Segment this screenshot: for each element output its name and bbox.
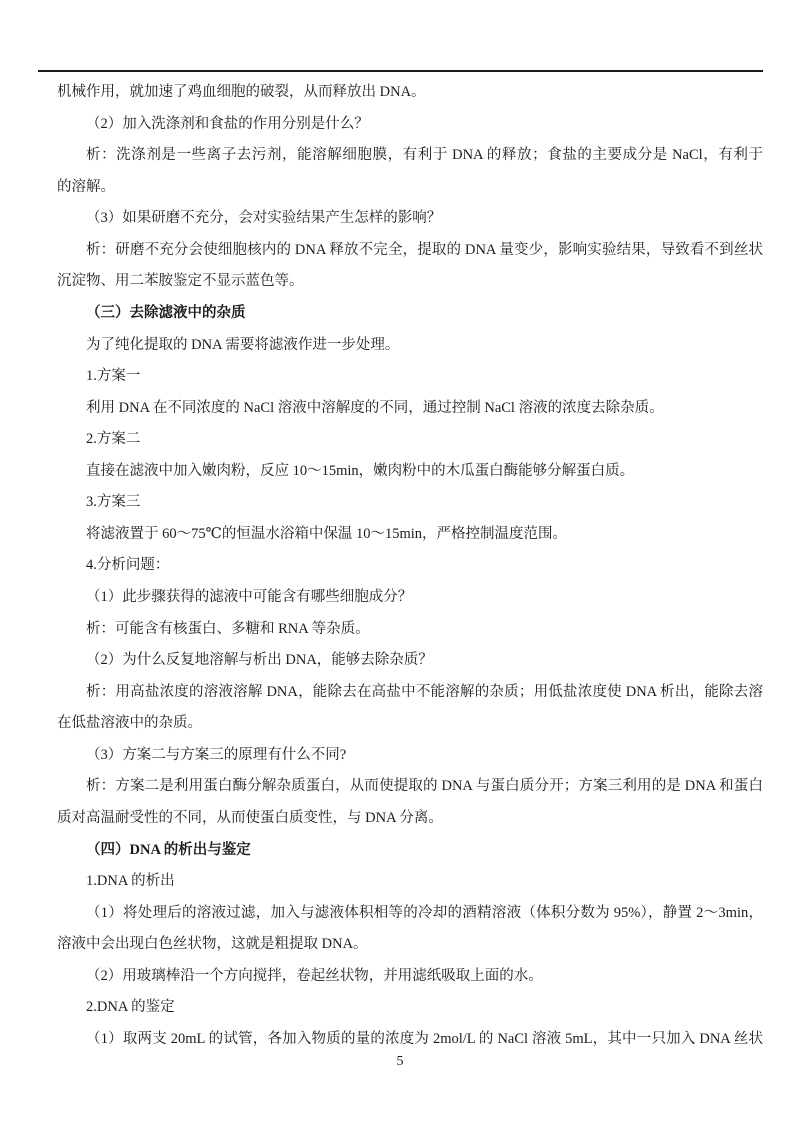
text-line: （1）将处理后的溶液过滤，加入与滤液体积相等的冷却的酒精溶液（体积分数为 95%… [57,898,763,930]
text-line: 直接在滤液中加入嫩肉粉，反应 10～15min，嫩肉粉中的木瓜蛋白酶能够分解蛋白… [57,456,763,488]
document-body: 机械作用，就加速了鸡血细胞的破裂，从而释放出 DNA。（2）加入洗涤剂和食盐的作… [57,77,763,1055]
text-line: 的溶解。 [57,172,763,204]
text-line: 4.分析问题： [57,550,763,582]
text-line: 1.方案一 [57,361,763,393]
text-line: （2）为什么反复地溶解与析出 DNA，能够去除杂质？ [57,645,763,677]
text-line: （2）加入洗涤剂和食盐的作用分别是什么？ [57,109,763,141]
text-line: 溶液中会出现白色丝状物，这就是粗提取 DNA。 [57,929,763,961]
text-line: （3）方案二与方案三的原理有什么不同? [57,740,763,772]
text-line: 3.方案三 [57,487,763,519]
text-line: 析：研磨不充分会使细胞核内的 DNA 释放不完全，提取的 DNA 量变少，影响实… [57,235,763,267]
text-line: 在低盐溶液中的杂质。 [57,708,763,740]
text-line: 质对高温耐受性的不同，从而使蛋白质变性，与 DNA 分离。 [57,803,763,835]
text-line: （1）取两支 20mL 的试管，各加入物质的量的浓度为 2mol/L 的 NaC… [57,1024,763,1056]
text-line: 2.DNA 的鉴定 [57,992,763,1024]
text-line: （2）用玻璃棒沿一个方向搅拌，卷起丝状物，并用滤纸吸取上面的水。 [57,961,763,993]
text-line: 将滤液置于 60～75℃的恒温水浴箱中保温 10～15min，严格控制温度范围。 [57,519,763,551]
text-line: 析：可能含有核蛋白、多糖和 RNA 等杂质。 [57,614,763,646]
text-line: 析：洗涤剂是一些离子去污剂，能溶解细胞膜，有利于 DNA 的释放；食盐的主要成分… [57,140,763,172]
text-line: 1.DNA 的析出 [57,866,763,898]
text-line: 利用 DNA 在不同浓度的 NaCl 溶液中溶解度的不同，通过控制 NaCl 溶… [57,393,763,425]
page-number: 5 [0,1052,800,1072]
text-line: （1）此步骤获得的滤液中可能含有哪些细胞成分？ [57,582,763,614]
text-line: 机械作用，就加速了鸡血细胞的破裂，从而释放出 DNA。 [57,77,763,109]
text-line: 沉淀物、用二苯胺鉴定不显示蓝色等。 [57,266,763,298]
text-line: 析：方案二是利用蛋白酶分解杂质蛋白，从而使提取的 DNA 与蛋白质分开；方案三利… [57,771,763,803]
text-line: （三）去除滤液中的杂质 [57,298,763,330]
text-line: （四）DNA 的析出与鉴定 [57,835,763,867]
text-line: 析：用高盐浓度的溶液溶解 DNA，能除去在高盐中不能溶解的杂质；用低盐浓度使 D… [57,677,763,709]
text-line: （3）如果研磨不充分，会对实验结果产生怎样的影响？ [57,203,763,235]
document-page: 机械作用，就加速了鸡血细胞的破裂，从而释放出 DNA。（2）加入洗涤剂和食盐的作… [0,0,800,1131]
text-line: 2.方案二 [57,424,763,456]
text-line: 为了纯化提取的 DNA 需要将滤液作进一步处理。 [57,330,763,362]
header-rule [38,70,763,72]
